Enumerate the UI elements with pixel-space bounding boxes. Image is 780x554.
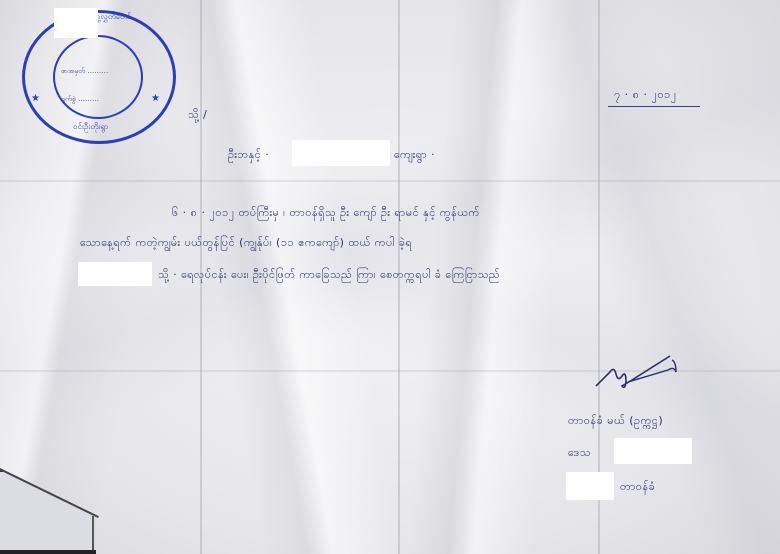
body-line-1: ၆ · ၈ · ၂၀၁၂ တပ်ကြီးမှ ၊ တာဝန်ရှိသူ ဦး က… [172,206,480,222]
paper-fold [0,180,780,182]
folded-corner-edge [92,516,94,554]
body-line-2: သောနေ့ရက် ကတဲ့ကျွမ်း ပယ်တွန်ပြင် (ကျွန်ု… [80,236,412,252]
official-stamp: …ပြည်သူ့လွှတ်တော် စာအမှတ် ……… ရက်စွဲ ………… [22,10,176,144]
redaction-box [566,472,614,500]
paper-fold [598,0,600,554]
star-icon: ★ [151,93,160,104]
redaction-box [54,8,98,38]
stamp-inner-circle [53,35,143,119]
to-label: သို့ / [188,108,207,124]
date-underline [608,106,700,107]
stamp-date-label: ရက်စွဲ ……… [61,95,99,105]
letter-date: ၇ · ၈ · ၂၀၁၂ [614,88,677,104]
body-line-3: သို့ · ရေလုပ်ငန်း ပေး၊ ဦးပိုင်ဖြတ် ကာခြေ… [158,268,500,284]
star-icon: ★ [31,93,40,104]
signatory-line-3-suffix: တာဝန်ခံ [620,480,655,496]
scan-edge [0,550,96,554]
signatory-title: တာဝန်ခံ မယ် (ဥက္ကဋ္ဌ) [568,414,663,430]
signatory-line-2-prefix: ဒေသ [568,446,591,462]
redaction-box [78,262,152,286]
redaction-box [292,140,390,166]
stamp-bottom-text: ဝင်းဦးတိုးရွာ [73,121,108,133]
stamp-ref-number-label: စာအမှတ် ……… [61,67,108,77]
salutation-suffix: ကျေးရွာ · [394,148,435,164]
salutation-prefix: ဦးဘနှင့် · [228,148,269,164]
redaction-box [614,438,692,464]
handwritten-signature [592,352,682,392]
